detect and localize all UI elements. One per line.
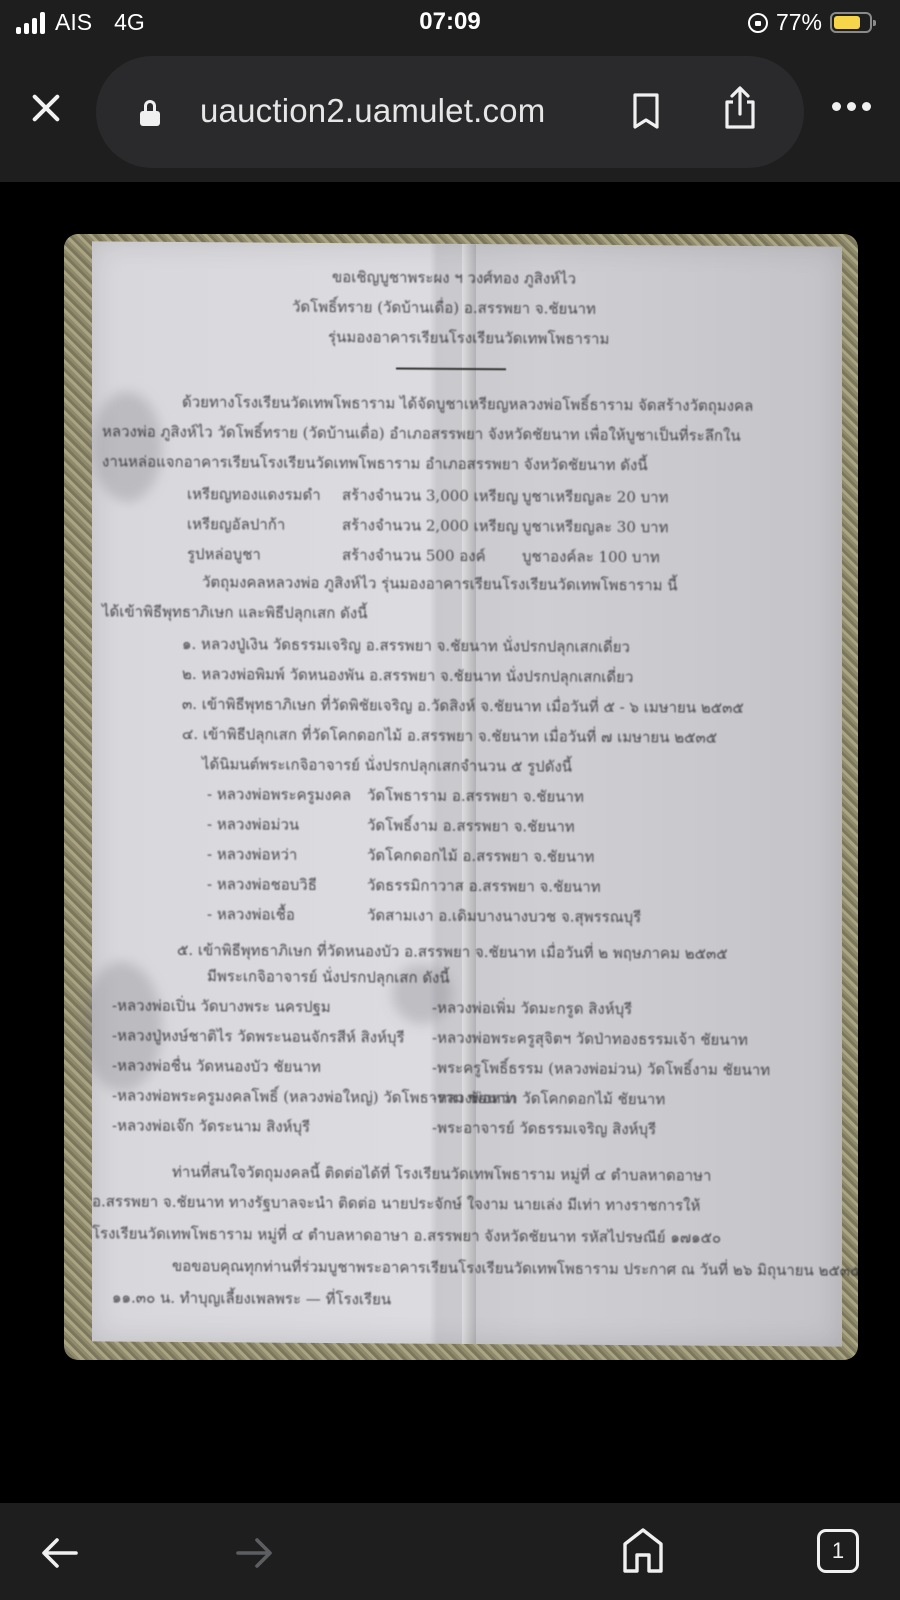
item-price: บูชาเหรียญละ 30 บาท: [522, 514, 668, 539]
sub-list-monk: - หลวงพ่อพระครูมงคล: [207, 782, 351, 807]
close-icon[interactable]: [26, 88, 66, 128]
sub-list-location: วัดโพธาราม อ.สรรพยา จ.ชัยนาท: [367, 783, 584, 809]
document-photo: ขอเชิญบูชาพระผง ฯ วงศ์ทอง ภูสิงห์ไววัดโพ…: [64, 234, 858, 1360]
document-line: หลวงพ่อ ภูสิงห์ไว วัดโพธิ์ทราย (วัดบ้านเ…: [102, 419, 741, 447]
item-name: เหรียญอัลปาก้า: [187, 512, 285, 537]
numbered-list-item: ๓. เข้าพิธีพุทธาภิเษก ที่วัดพิชัยเจริญ อ…: [182, 692, 744, 720]
sub-list-location: วัดโพธิ์งาม อ.สรรพยา จ.ชัยนาท: [367, 813, 575, 838]
sub-list-location: วัดโคกดอกไม้ อ.สรรพยา จ.ชัยนาท: [367, 843, 594, 869]
document-line: งานหล่อแจกอาคารเรียนโรงเรียนวัดเทพโพธารา…: [102, 449, 648, 477]
address-bar[interactable]: uauction2.uamulet.com: [96, 56, 804, 168]
two-column-left: -หลวงพ่อเจ๊ก วัดระนาม สิงห์บุรี: [112, 1114, 310, 1139]
two-column-left: -หลวงพ่อชื่น วัดหนองบัว ชัยนาท: [112, 1054, 321, 1079]
document-header-line: ขอเชิญบูชาพระผง ฯ วงศ์ทอง ภูสิงห์ไว: [332, 265, 576, 291]
sub-list-monk: - หลวงพ่อชอบวิธี: [207, 872, 317, 897]
forward-arrow-icon[interactable]: [234, 1533, 274, 1573]
item-quantity: สร้างจำนวน 500 องค์: [342, 543, 486, 568]
sub-list-monk: - หลวงพ่อม่วน: [207, 812, 299, 837]
document-line: ด้วยทางโรงเรียนวัดเทพโพธาราม ได้จัดบูชาเ…: [182, 390, 753, 418]
two-column-right: -พระครูโพธิ์ธรรม (หลวงพ่อม่วน) วัดโพธิ์ง…: [432, 1056, 770, 1082]
item-quantity: สร้างจำนวน 3,000 เหรียญ: [342, 483, 518, 508]
document-paper: ขอเชิญบูชาพระผง ฯ วงศ์ทอง ภูสิงห์ไววัดโพ…: [92, 241, 842, 1346]
battery-level: [834, 16, 860, 29]
rotation-lock-icon: [748, 13, 768, 33]
closing-line: ท่านที่สนใจวัตถุมงคลนี้ ติดต่อได้ที่ โรง…: [172, 1160, 711, 1188]
item-price: บูชาองค์ละ 100 บาท: [522, 544, 660, 569]
sub-list-location: วัดธรรมิกาวาส อ.สรรพยา จ.ชัยนาท: [367, 873, 601, 899]
sub-list-location: วัดสามเงา อ.เดิมบางนางบวช จ.สุพรรณบุรี: [367, 903, 641, 929]
bookmark-icon[interactable]: [632, 92, 660, 130]
back-arrow-icon[interactable]: [40, 1533, 80, 1573]
document-line: วัตถุมงคลหลวงพ่อ ภูสิงห์ไว รุ่นมองอาคารเ…: [202, 570, 678, 597]
numbered-list-item: ๔. เข้าพิธีปลุกเสก ที่วัดโคกดอกไม้ อ.สรร…: [182, 722, 717, 750]
tabs-button[interactable]: 1: [817, 1529, 859, 1573]
numbered-list-item: ๑. หลวงปู่เงิน วัดธรรมเจริญ อ.สรรพยา จ.ช…: [182, 632, 630, 659]
item-price: บูชาเหรียญละ 20 บาท: [522, 484, 668, 509]
two-column-right: -หลวงพ่อพระครูสุจิตฯ วัดป่าทองธรรมเจ้า ช…: [432, 1026, 748, 1052]
item-quantity: สร้างจำนวน 2,000 เหรียญ: [342, 513, 518, 538]
numbered-list-item: ๕. เข้าพิธีพุทธาภิเษก ที่วัดหนองบัว อ.สร…: [177, 938, 728, 966]
closing-line: โรงเรียนวัดเทพโพธาราม หมู่ที่ ๔ ตำบลหาดอ…: [92, 1221, 721, 1249]
page-content: ขอเชิญบูชาพระผง ฯ วงศ์ทอง ภูสิงห์ไววัดโพ…: [0, 182, 900, 1503]
lock-icon: [140, 100, 160, 126]
document-line: ได้เข้าพิธีพุทธาภิเษก และพิธีปลุกเสก ดัง…: [102, 599, 367, 625]
home-icon[interactable]: [622, 1527, 664, 1573]
browser-bottom-toolbar: 1: [0, 1503, 900, 1600]
browser-top-toolbar: uauction2.uamulet.com: [0, 50, 900, 182]
sub-list-monk: - หลวงพ่อหว่า: [207, 842, 297, 867]
status-right: 77%: [748, 9, 872, 36]
battery-percent: 77%: [776, 9, 822, 36]
more-icon[interactable]: [832, 102, 871, 111]
sub-list-monk: - หลวงพ่อเชื้อ: [207, 902, 295, 927]
two-column-right: -หลวงพ่อหว่า วัดโคกดอกไม้ ชัยนาท: [432, 1086, 665, 1112]
two-column-right: -พระอาจารย์ วัดธรรมเจริญ สิงห์บุรี: [432, 1116, 656, 1142]
item-name: รูปหล่อบูชา: [187, 542, 261, 567]
closing-line: ๑๑.๓๐ น. ทำบุญเลี้ยงเพลพระ — ที่โรงเรียน: [112, 1286, 391, 1312]
two-column-right: -หลวงพ่อเพิ่ม วัดมะกรูด สิงห์บุรี: [432, 996, 632, 1021]
status-bar: AIS 4G 07:09 77%: [0, 0, 900, 50]
numbered-list-item: ได้นิมนต์พระเกจิอาจารย์ นั่งปรกปลุกเสกจำ…: [202, 752, 572, 779]
closing-line: อ.สรรพยา จ.ชัยนาท ทางรัฐบาลจะนำ ติดต่อ น…: [92, 1189, 700, 1217]
numbered-list-item: มีพระเกจิอาจารย์ นั่งปรกปลุกเสก ดังนี้: [207, 964, 450, 990]
document-text: ขอเชิญบูชาพระผง ฯ วงศ์ทอง ภูสิงห์ไววัดโพ…: [92, 241, 842, 1346]
battery-icon: [830, 12, 872, 33]
share-icon[interactable]: [722, 86, 758, 130]
document-header-line: วัดโพธิ์ทราย (วัดบ้านเดื่อ) อ.สรรพยา จ.ช…: [292, 295, 596, 321]
url-text[interactable]: uauction2.uamulet.com: [200, 92, 545, 130]
two-column-left: -หลวงปู่หงษ์ชาติไร วัดพระนอนจักรสีห์ สิง…: [112, 1024, 405, 1050]
item-name: เหรียญทองแดงรมดำ: [187, 482, 321, 507]
numbered-list-item: ๒. หลวงพ่อพิมพ์ วัดหนองพัน อ.สรรพยา จ.ชั…: [182, 662, 633, 689]
closing-line: ขอขอบคุณทุกท่านที่ร่วมบูชาพระอาคารเรียนโ…: [172, 1254, 858, 1283]
document-header-line: รุ่นมองอาคารเรียนโรงเรียนวัดเทพโพธาราม: [328, 325, 609, 351]
two-column-left: -หลวงพ่อเปิ่น วัดบางพระ นครปฐม: [112, 994, 331, 1020]
